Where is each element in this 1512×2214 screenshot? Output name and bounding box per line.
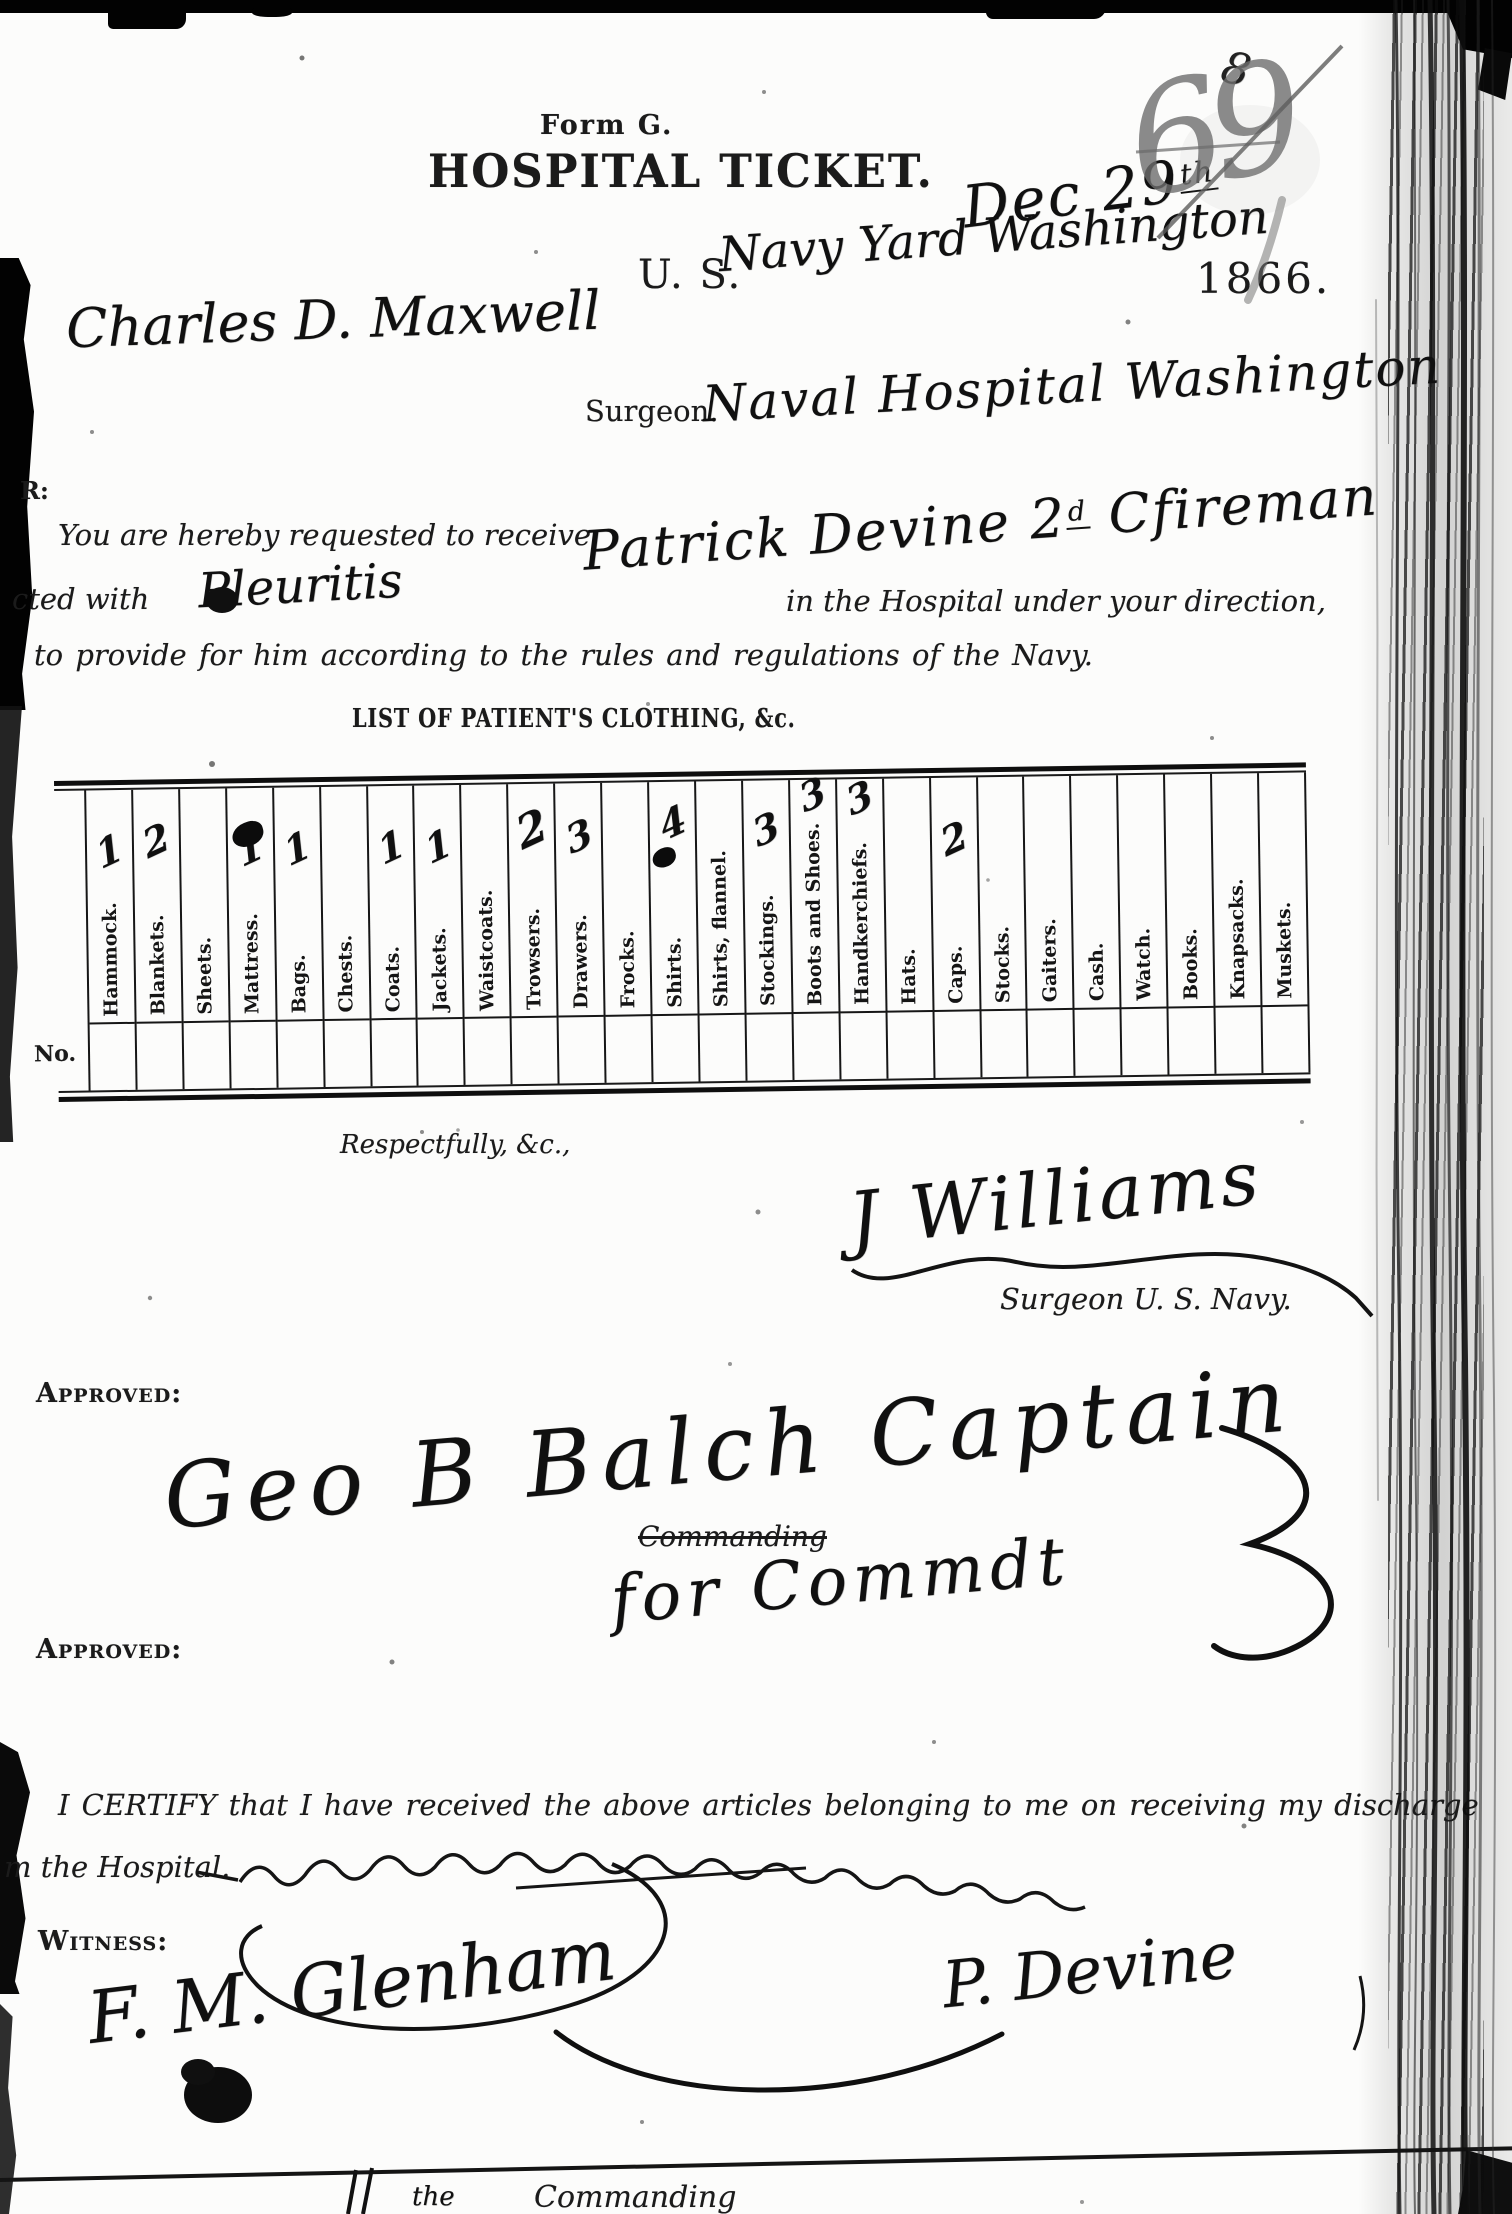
clothing-item-value: 1 <box>419 819 456 874</box>
handwritten-patient-name: Patrick Devine 2d Cfireman <box>581 464 1381 582</box>
clothing-item-label: Boots and Shoes. <box>802 822 827 1005</box>
clothing-column-19: 2Caps. <box>929 777 980 1078</box>
number-row-label: No. <box>34 1041 76 1068</box>
clothing-item-label: Caps. <box>945 945 968 1003</box>
clothing-list-title: LIST OF PATIENT'S CLOTHING, &c. <box>352 704 796 734</box>
hospital-ticket-document: Form G. HOSPITAL TICKET. Dec 29th 8 69 U… <box>0 0 1512 2214</box>
clothing-item-value: 1 <box>372 819 409 874</box>
witness-label: Witness: <box>38 1926 168 1957</box>
clothing-item-value: 2 <box>935 811 972 866</box>
scan-artifact-left-edge <box>0 2004 18 2214</box>
signature-flourish-commander <box>1214 1428 1331 1658</box>
printed-addressee-title: Surgeon. <box>585 394 719 428</box>
scan-artifact-left-edge <box>0 706 22 1142</box>
crossed-out-strike-line <box>516 1868 806 1888</box>
clothing-item-value: 1 <box>91 823 128 878</box>
clothing-columns: 1Hammock.2Blankets.Sheets.1Mattress.1Bag… <box>84 772 1310 1090</box>
patient-signature: P. Devine <box>939 1919 1241 2024</box>
clothing-column-24: Books. <box>1163 774 1214 1075</box>
scan-artifact-top-blob <box>108 0 186 29</box>
clothing-column-26: Muskets. <box>1257 772 1310 1073</box>
handwritten-addressee-name: Charles D. Maxwell <box>65 279 601 361</box>
printed-affected-with-fragment: cted with <box>12 582 149 616</box>
printed-surgeon-title: Surgeon U. S. Navy. <box>1000 1282 1292 1316</box>
clothing-item-label: Watch. <box>1132 928 1155 1001</box>
scan-artifact-top-blob <box>986 0 1106 19</box>
clothing-item-value: 3 <box>794 767 831 822</box>
printed-provide-line: to provide for him according to the rule… <box>34 638 1093 672</box>
clothing-item-value: 3 <box>560 808 597 863</box>
printed-hospital-line: in the Hospital under your direction, <box>786 584 1326 618</box>
clothing-item-label: Hats. <box>898 948 921 1005</box>
handwritten-disease: Pleuritis <box>197 553 404 620</box>
printed-certify-line: I CERTIFY that I have received the above… <box>58 1788 1479 1822</box>
clothing-column-23: Watch. <box>1116 775 1167 1076</box>
clothing-item-label: Jackets. <box>428 927 451 1012</box>
patient-name: Patrick Devine 2 <box>581 486 1069 583</box>
approved-label-bottom: Approved: <box>36 1634 182 1665</box>
clothing-item-label: Cash. <box>1085 943 1108 1002</box>
clothing-item-value: 1 <box>279 821 316 876</box>
clothing-column-9: Waistcoats. <box>459 784 510 1085</box>
clothing-column-17: 3Handkerchiefs. <box>835 779 886 1080</box>
clothing-item-value: 4 <box>654 795 691 850</box>
approved-label-top: Approved: <box>36 1378 182 1409</box>
clothing-item-value: 3 <box>841 770 878 825</box>
clothing-column-7: 1Coats. <box>366 786 417 1087</box>
next-form-fragment-commanding: Commanding <box>534 2180 736 2214</box>
clothing-item-label: Shirts. <box>663 937 686 1008</box>
document-title: HOSPITAL TICKET. <box>428 144 934 198</box>
clothing-column-16: 3Boots and Shoes. <box>788 779 839 1080</box>
clothing-column-10: 2Trowsers. <box>506 784 557 1085</box>
clothing-table: No. 1Hammock.2Blankets.Sheets.1Mattress.… <box>54 762 1311 1102</box>
clothing-item-label: Hammock. <box>99 902 123 1017</box>
printed-hospital-fragment: m the Hospital. <box>4 1850 230 1884</box>
printed-respectfully: Respectfully, &c., <box>340 1130 570 1160</box>
scan-artifact-top-blob <box>1262 0 1332 8</box>
next-form-fragment-the: the <box>412 2182 455 2212</box>
clothing-item-label: Blankets. <box>146 915 169 1016</box>
clothing-item-label: Trowsers. <box>522 908 546 1010</box>
ink-blot-witness <box>184 2067 252 2123</box>
clothing-column-21: Gaiters. <box>1022 776 1073 1077</box>
next-form-divider-rule <box>0 2146 1512 2182</box>
clothing-column-25: Knapsacks. <box>1210 773 1261 1074</box>
crossed-out-scribble <box>196 1853 1085 1909</box>
clothing-column-6: Chests. <box>319 786 370 1087</box>
clothing-column-20: Stocks. <box>976 777 1027 1078</box>
clothing-table-left-margin: No. <box>54 791 88 1091</box>
scan-artifact-top-blob <box>632 0 690 9</box>
clothing-item-label: Frocks. <box>616 930 639 1008</box>
clothing-item-value: 3 <box>748 802 785 857</box>
handwritten-addressee-station: Naval Hospital Washington <box>701 337 1443 434</box>
clothing-item-label: Knapsacks. <box>1225 878 1249 999</box>
clothing-column-18: Hats. <box>882 778 933 1079</box>
clothing-column-12: Frocks. <box>600 782 651 1083</box>
scan-artifact-top-blob <box>252 6 292 17</box>
clothing-column-4: 1Mattress. <box>225 788 276 1089</box>
clothing-item-value: 2 <box>510 798 553 860</box>
next-form-pen-strokes <box>348 2168 372 2214</box>
clothing-item-label: Sheets. <box>194 937 217 1015</box>
clothing-item-label: Handkerchiefs. <box>849 842 873 1005</box>
clothing-column-5: 1Bags. <box>272 787 323 1088</box>
clothing-item-label: Bags. <box>288 954 311 1013</box>
clothing-column-8: 1Jackets. <box>413 785 464 1086</box>
printed-request-line: You are hereby requested to receive <box>58 518 591 552</box>
clothing-table-grid: No. 1Hammock.2Blankets.Sheets.1Mattress.… <box>54 770 1310 1093</box>
clothing-item-value: 2 <box>138 813 175 868</box>
clothing-item-label: Stockings. <box>756 895 780 1007</box>
clothing-item-label: Stocks. <box>991 926 1014 1004</box>
clothing-item-label: Coats. <box>381 946 404 1013</box>
clothing-item-label: Chests. <box>334 935 357 1013</box>
clothing-item-label: Gaiters. <box>1038 918 1061 1002</box>
patient-name-superscript: d <box>1065 496 1091 531</box>
printed-year: 1866. <box>1196 254 1331 303</box>
clothing-item-label: Drawers. <box>569 914 592 1009</box>
clothing-column-11: 3Drawers. <box>553 783 604 1084</box>
clothing-item-label: Mattress. <box>240 913 263 1014</box>
clothing-column-2: 2Blankets. <box>131 789 182 1090</box>
ink-blot-witness <box>181 2059 215 2085</box>
clothing-item-label: Muskets. <box>1272 902 1295 999</box>
book-binding-streaks <box>1388 0 1484 2214</box>
clothing-column-22: Cash. <box>1069 775 1120 1076</box>
clothing-item-label: Shirts, flannel. <box>709 850 733 1007</box>
clothing-column-1: 1Hammock. <box>84 790 135 1091</box>
clothing-column-15: 3Stockings. <box>741 780 792 1081</box>
ink-blot <box>650 845 678 870</box>
clothing-column-14: Shirts, flannel. <box>694 781 745 1082</box>
surgeon-signature: J Williams <box>845 1135 1267 1264</box>
clothing-item-label: Books. <box>1179 928 1202 1000</box>
form-number-label: Form G. <box>540 110 673 141</box>
witness-signature-flourish <box>556 2032 1002 2090</box>
salutation-fragment: R: <box>20 476 49 505</box>
clothing-column-13: 4Shirts. <box>647 782 698 1083</box>
clothing-column-3: Sheets. <box>178 788 229 1089</box>
clothing-item-label: Waistcoats. <box>474 889 498 1011</box>
patient-rating: Cfireman <box>1106 464 1380 546</box>
